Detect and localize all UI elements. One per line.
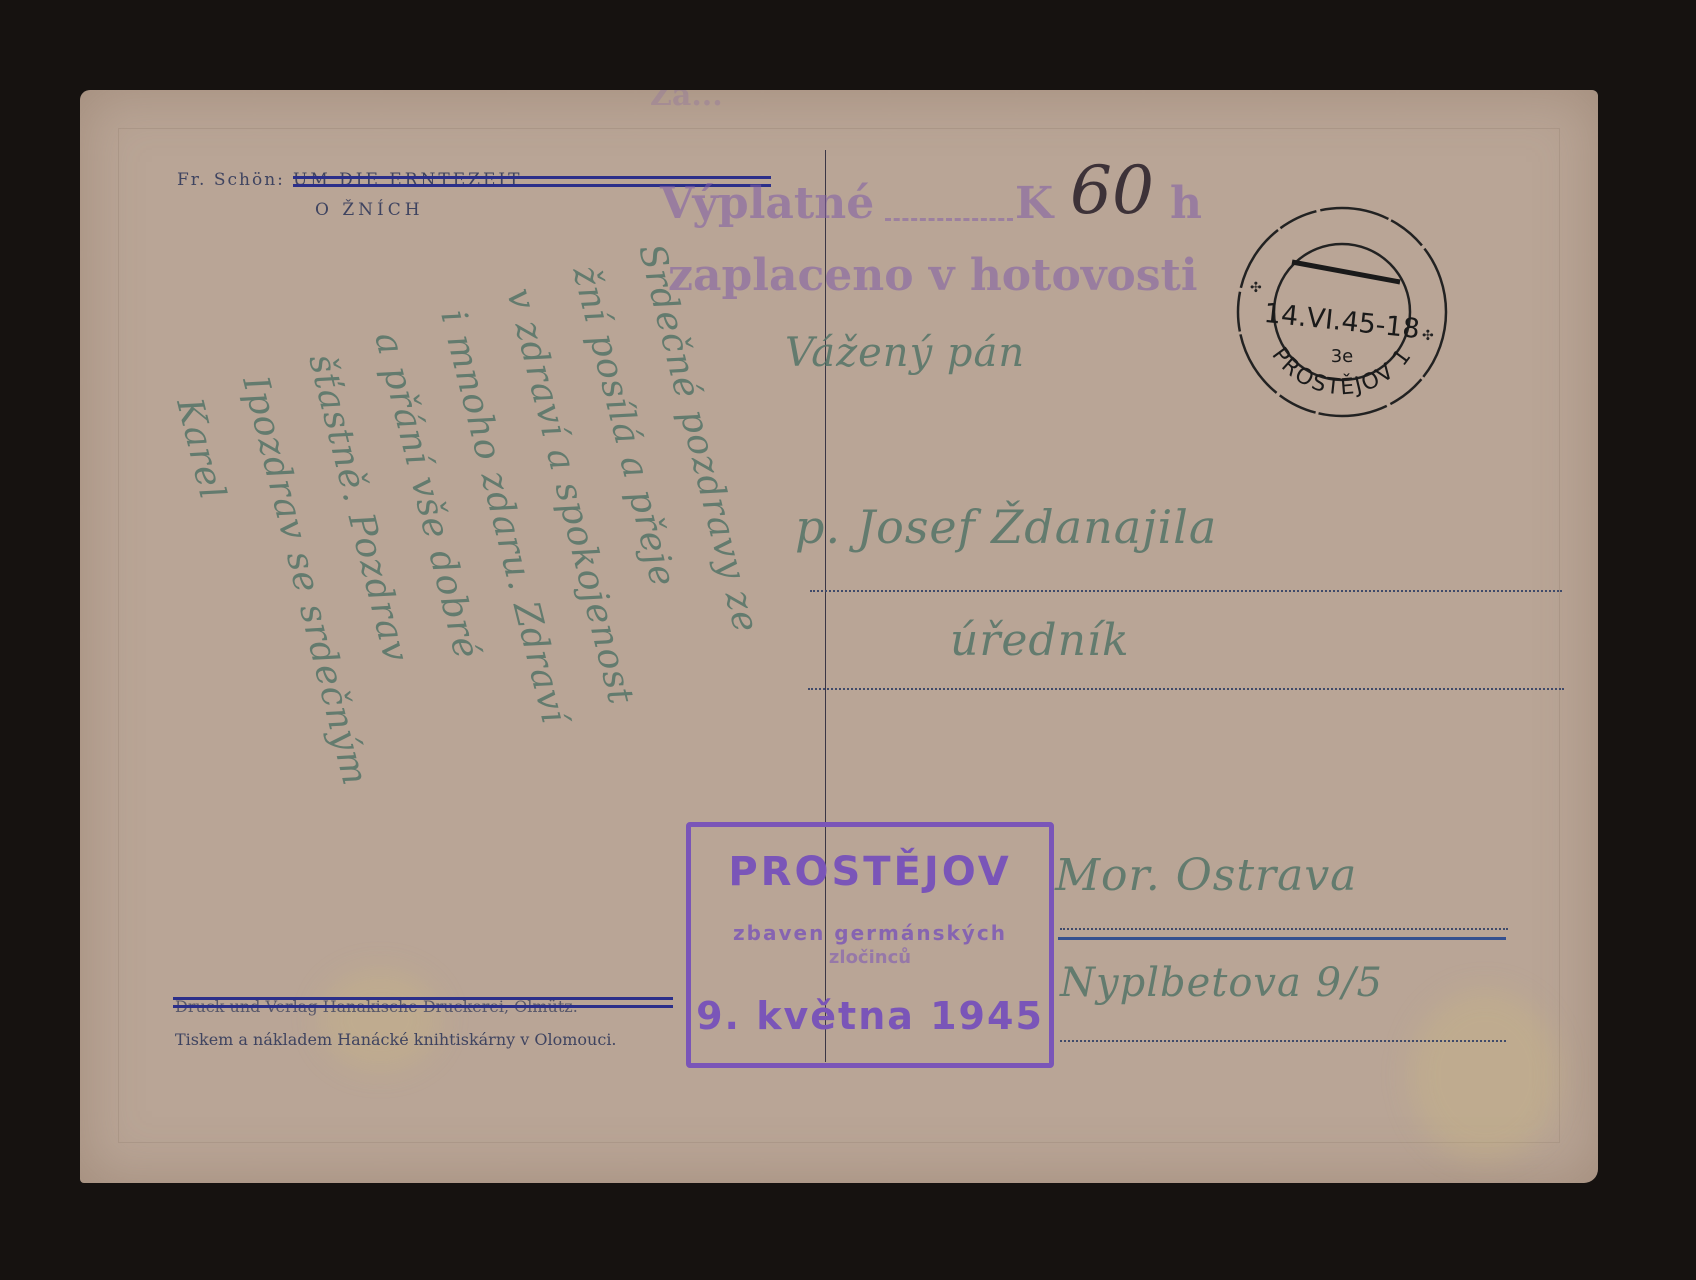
printed-author: Fr. Schön: [177, 170, 285, 190]
paper-stain [1410, 990, 1560, 1160]
payment-line2: zaplaceno v hotovosti [668, 250, 1198, 301]
svg-text:3e: 3e [1331, 346, 1354, 367]
stamp-date: 9. května 1945 [691, 994, 1049, 1038]
address-line-3 [1060, 928, 1508, 930]
printer-line: Tiskem a nákladem Hanácké knihtiskárny v… [175, 1030, 617, 1049]
payment-unit: h [1170, 178, 1202, 229]
svg-text:14.VI.45-18: 14.VI.45-18 [1262, 298, 1421, 345]
address-line-1 [810, 590, 1562, 592]
postmark: ✣ ✣ 14.VI.45-18 3e PROSTĚJOV 1 [1232, 202, 1452, 422]
commemorative-stamp: PROSTĚJOV zbaven germánských zločinců 9.… [686, 822, 1054, 1068]
svg-text:✣: ✣ [1250, 280, 1262, 296]
handwritten-amount: 60 [1070, 152, 1154, 229]
strike-line [173, 1005, 673, 1008]
payment-label: Výplatné [660, 178, 874, 229]
city-underline [1058, 937, 1506, 940]
address-line-2 [808, 688, 1564, 690]
address-salutation: Vážený pán [785, 330, 1025, 376]
payment-amount-line [885, 218, 1013, 221]
paper-stain [320, 970, 440, 1070]
address-street: Nyplbetova 9/5 [1060, 960, 1383, 1006]
strike-line [173, 997, 673, 1000]
address-name: p. Josef Ždanajila [795, 500, 1217, 554]
address-city: Mor. Ostrava [1055, 850, 1357, 901]
address-line-4 [1060, 1040, 1506, 1042]
printed-title: O ŽNÍCH [315, 200, 424, 220]
address-title: úředník [950, 615, 1130, 666]
partial-stamp-text: Zá... [650, 90, 723, 113]
svg-text:✣: ✣ [1422, 328, 1434, 344]
struck-title: UM DIE ERNTEZEIT [293, 170, 522, 190]
postmark-circle-icon: ✣ ✣ 14.VI.45-18 3e PROSTĚJOV 1 [1232, 202, 1452, 422]
stamp-line3: zločinců [691, 947, 1049, 968]
stamp-line2: zbaven germánských [691, 921, 1049, 945]
stamp-city: PROSTĚJOV [691, 849, 1049, 895]
payment-currency: K [1015, 178, 1053, 229]
postcard: Fr. Schön: UM DIE ERNTEZEIT O ŽNÍCH Zá..… [80, 90, 1598, 1183]
